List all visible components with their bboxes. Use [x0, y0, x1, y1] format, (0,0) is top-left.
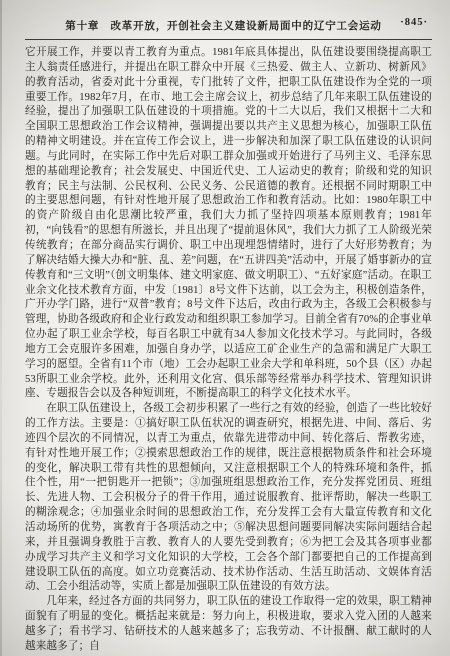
book-page: 第十章 改革开放，开创社会主义建设新局面中的辽宁工会运动 ·845· 它开展工作… [0, 0, 450, 656]
paragraph-2: 在职工队伍建设上，各级工会初步积累了一些行之有效的经验，创造了一些比较好的工作方… [25, 402, 432, 595]
chapter-heading: 第十章 改革开放，开创社会主义建设新局面中的辽宁工会运动 [65, 18, 381, 33]
paragraph-3: 几年来，经过各方面的共同努力，职工队伍的建设工作取得一定的效果，职工精神面貌有了… [25, 595, 432, 654]
page-header: 第十章 改革开放，开创社会主义建设新局面中的辽宁工会运动 ·845· [25, 17, 430, 33]
page-body: 它开展工作，并要以青工教育为重点。1981年底具体提出，队伍建设要围绕提高职工主… [25, 46, 432, 655]
page-number: ·845· [400, 17, 428, 28]
scan-edge-shadow [0, 0, 2, 656]
paragraph-1: 它开展工作，并要以青工教育为重点。1981年底具体提出，队伍建设要围绕提高职工主… [25, 46, 432, 402]
header-rule [25, 39, 432, 40]
